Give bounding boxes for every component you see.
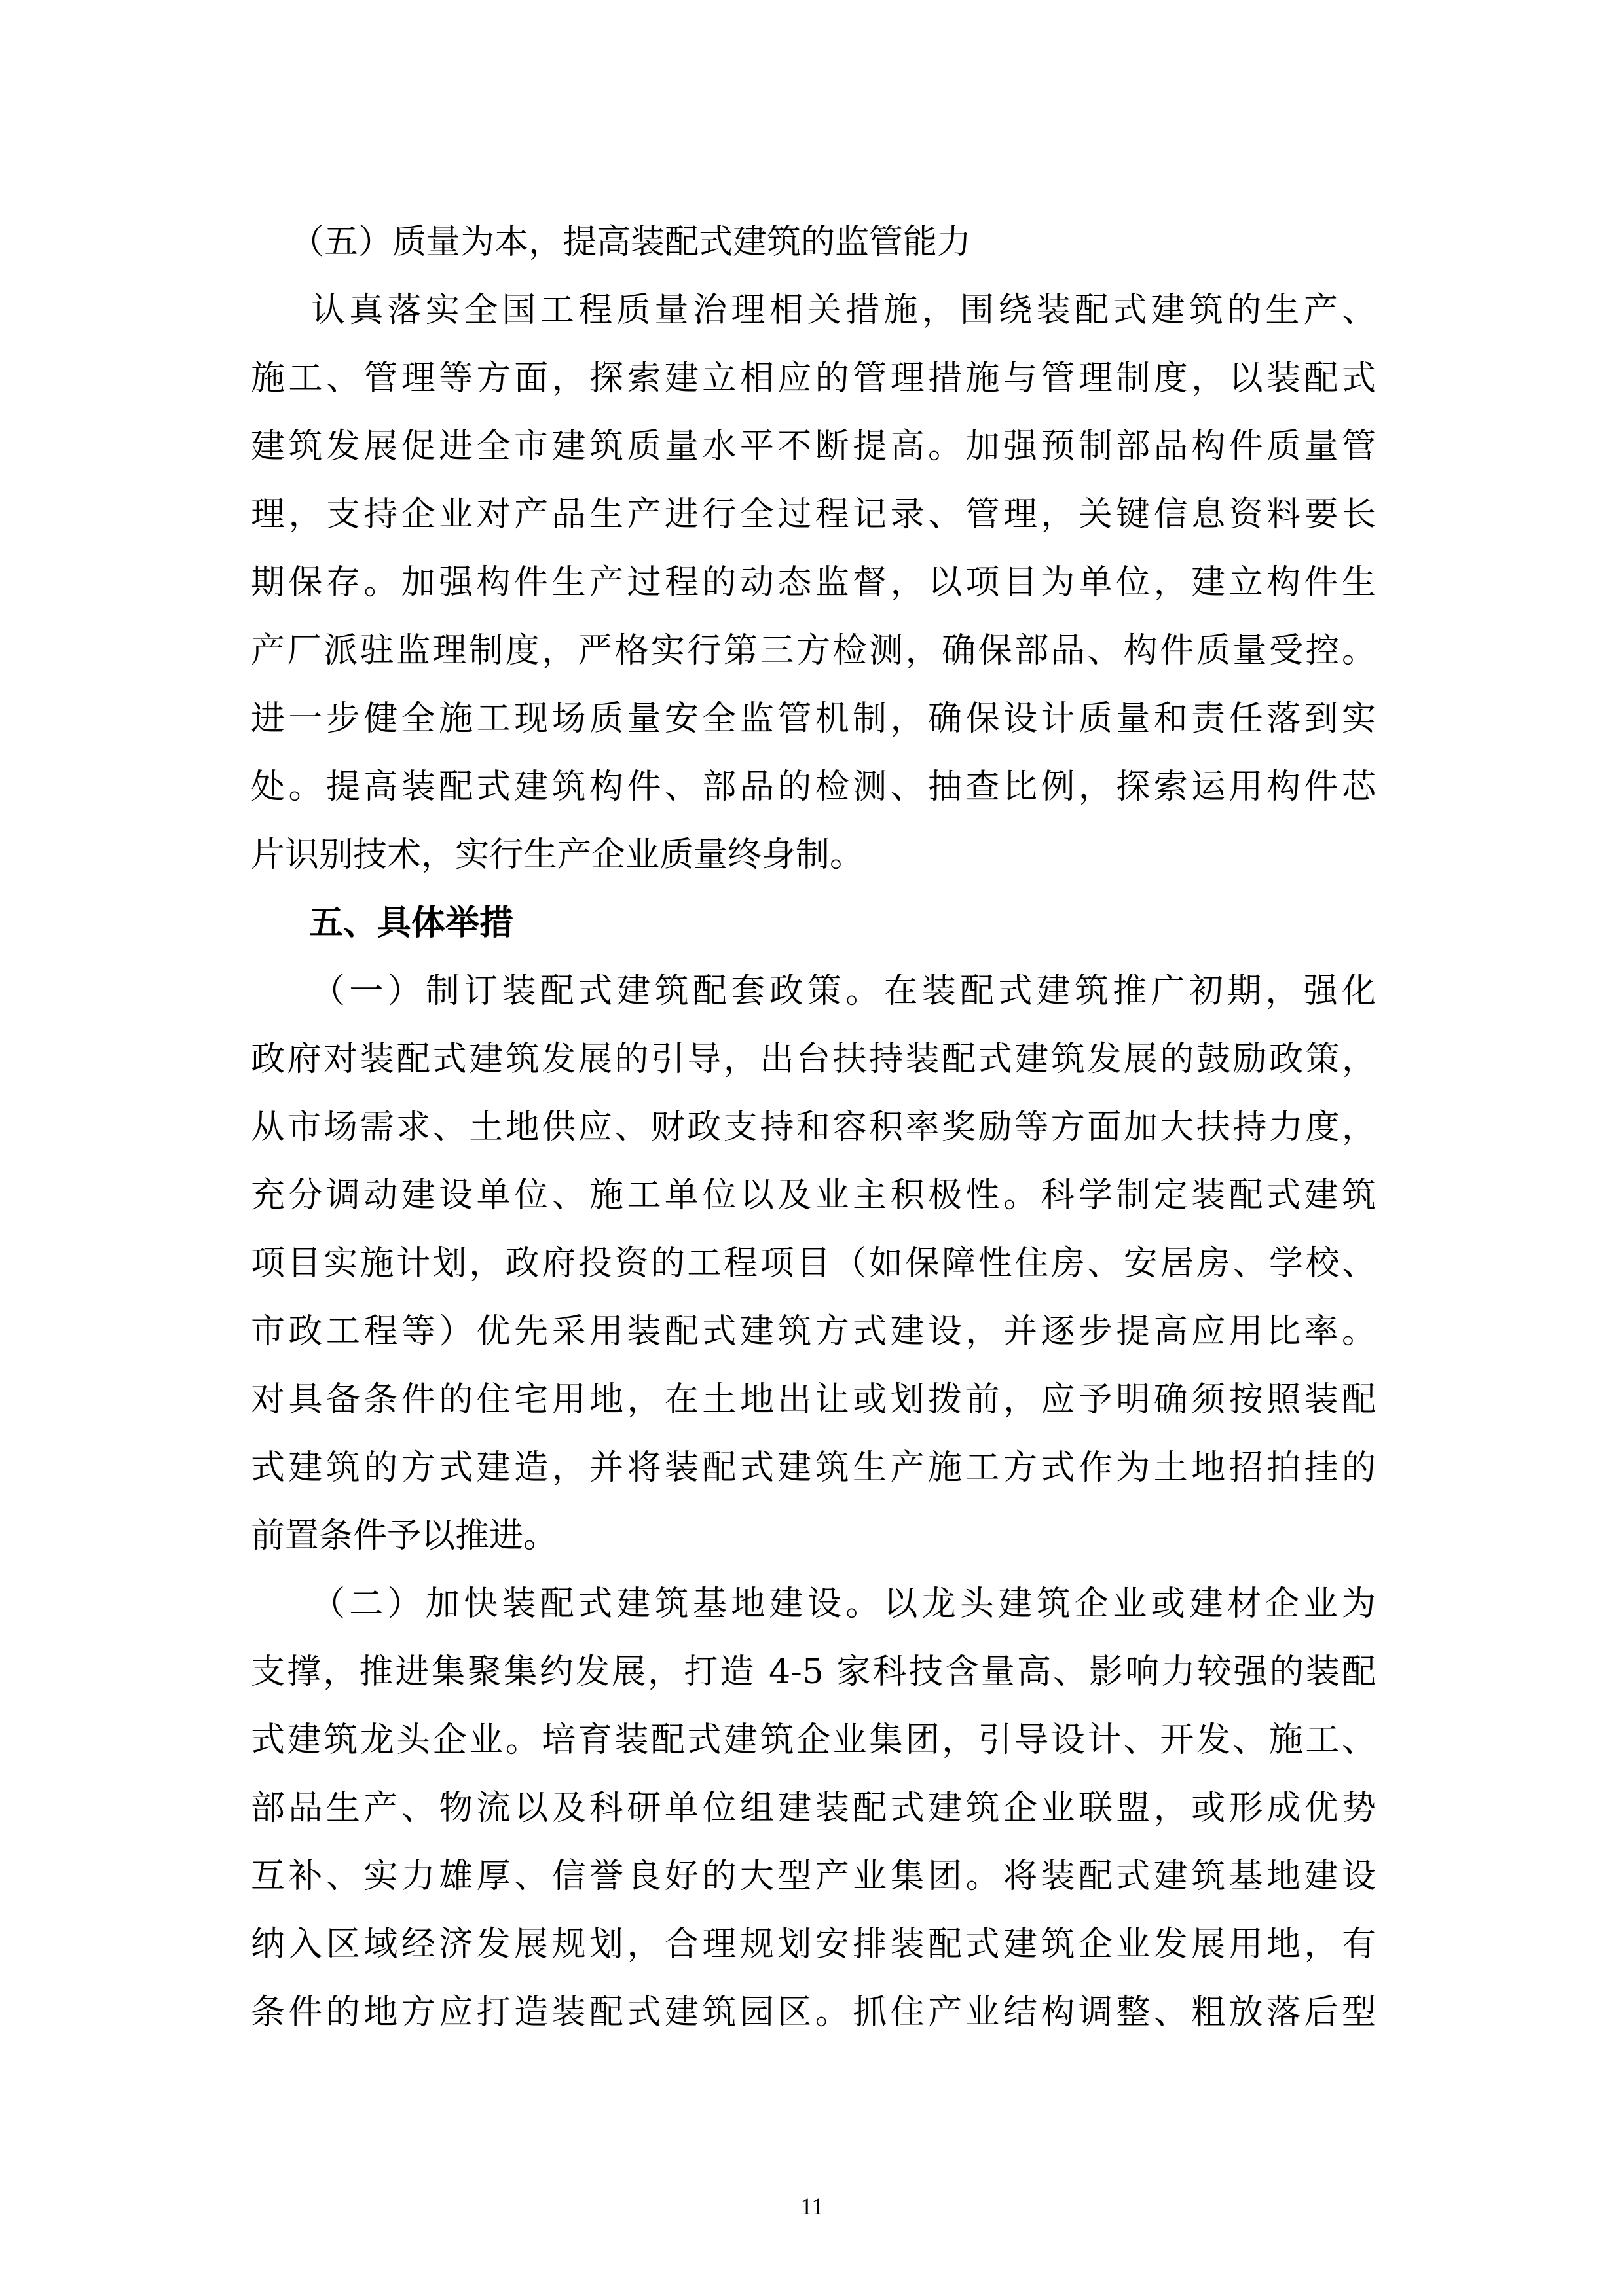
document-page: （五）质量为本，提高装配式建筑的监管能力 认真落实全国工程质量治理相关措施，围绕…: [0, 0, 1624, 2296]
paragraph-line: 理，支持企业对产品生产进行全过程记录、管理，关键信息资料要长: [251, 481, 1376, 549]
paragraph-line: 对具备条件的住宅用地，在土地出让或划拨前，应予明确须按照装配: [251, 1366, 1376, 1434]
paragraph-line: 片识别技术，实行生产企业质量终身制。: [251, 821, 1376, 889]
paragraph-line: 式建筑龙头企业。培育装配式建筑企业集团，引导设计、开发、施工、: [251, 1706, 1376, 1774]
paragraph-line: 从市场需求、土地供应、财政支持和容积率奖励等方面加大扶持力度，: [251, 1093, 1376, 1161]
paragraph-line: 政府对装配式建筑发展的引导，出台扶持装配式建筑发展的鼓励政策，: [251, 1025, 1376, 1093]
section-heading: 五、具体举措: [251, 889, 1376, 957]
paragraph-line: 进一步健全施工现场质量安全监管机制，确保设计质量和责任落到实: [251, 685, 1376, 753]
paragraph-line: （二）加快装配式建筑基地建设。以龙头建筑企业或建材企业为: [251, 1570, 1376, 1638]
paragraph-line: 互补、实力雄厚、信誉良好的大型产业集团。将装配式建筑基地建设: [251, 1842, 1376, 1910]
paragraph-line: （一）制订装配式建筑配套政策。在装配式建筑推广初期，强化: [251, 957, 1376, 1025]
paragraph-line: 产厂派驻监理制度，严格实行第三方检测，确保部品、构件质量受控。: [251, 617, 1376, 685]
subsection-title: （五）质量为本，提高装配式建筑的监管能力: [251, 208, 1376, 276]
paragraph-line: 充分调动建设单位、施工单位以及业主积极性。科学制定装配式建筑: [251, 1161, 1376, 1230]
paragraph-line: 前置条件予以推进。: [251, 1502, 1376, 1570]
body-text: （五）质量为本，提高装配式建筑的监管能力 认真落实全国工程质量治理相关措施，围绕…: [251, 208, 1376, 2047]
paragraph-line: 施工、管理等方面，探索建立相应的管理措施与管理制度，以装配式: [251, 344, 1376, 412]
paragraph-line: 支撑，推进集聚集约发展，打造 4-5 家科技含量高、影响力较强的装配: [251, 1638, 1376, 1706]
paragraph-line: 建筑发展促进全市建筑质量水平不断提高。加强预制部品构件质量管: [251, 412, 1376, 481]
paragraph-line: 条件的地方应打造装配式建筑园区。抓住产业结构调整、粗放落后型: [251, 1978, 1376, 2047]
paragraph-line: 项目实施计划，政府投资的工程项目（如保障性住房、安居房、学校、: [251, 1230, 1376, 1298]
paragraph-line: 部品生产、物流以及科研单位组建装配式建筑企业联盟，或形成优势: [251, 1774, 1376, 1842]
paragraph-line: 市政工程等）优先采用装配式建筑方式建设，并逐步提高应用比率。: [251, 1298, 1376, 1366]
paragraph-line: 纳入区域经济发展规划，合理规划安排装配式建筑企业发展用地，有: [251, 1910, 1376, 1978]
paragraph-line: 期保存。加强构件生产过程的动态监督，以项目为单位，建立构件生: [251, 549, 1376, 617]
paragraph-line: 式建筑的方式建造，并将装配式建筑生产施工方式作为土地招拍挂的: [251, 1434, 1376, 1502]
paragraph-line: 处。提高装配式建筑构件、部品的检测、抽查比例，探索运用构件芯: [251, 753, 1376, 821]
page-number: 11: [0, 2190, 1624, 2223]
paragraph-line: 认真落实全国工程质量治理相关措施，围绕装配式建筑的生产、: [251, 276, 1376, 344]
